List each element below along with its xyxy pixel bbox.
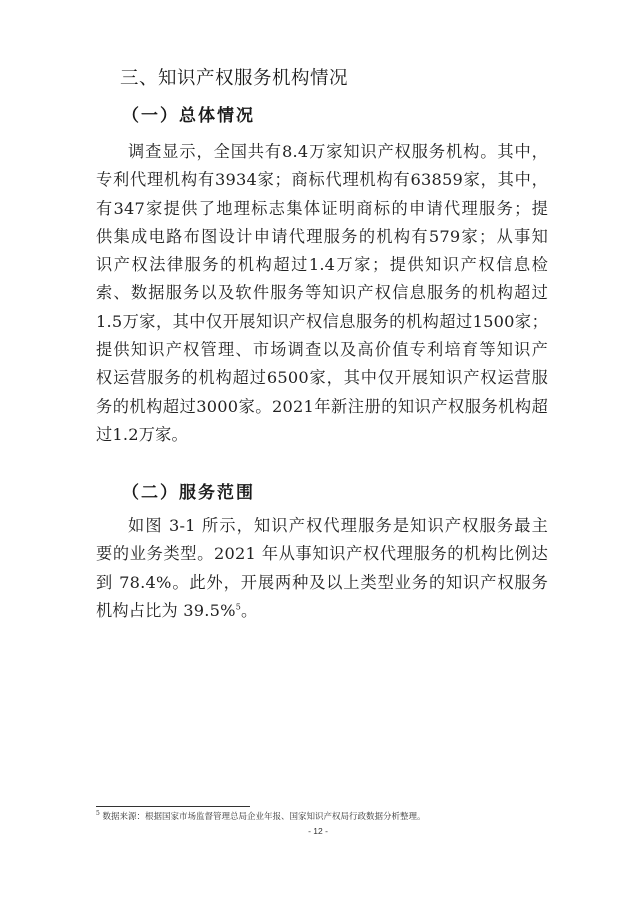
paragraph-line: 索、数据服务以及软件服务等知识产权信息服务的机构超过 [96,279,548,307]
paragraph-line: 1.5万家，其中仅开展知识产权信息服务的机构超过1500家； [96,308,548,336]
paragraph-line: 要的业务类型。2021 年从事知识产权代理服务的机构比例达 [96,540,548,568]
paragraph-line: 提供知识产权管理、市场调查以及高价值专利培育等知识产 [96,336,548,364]
paragraph-line: 有347家提供了地理标志集体证明商标的申请代理服务；提 [96,195,548,223]
paragraph-overview: 调查显示，全国共有8.4万家知识产权服务机构。其中， 专利代理机构有3934家；… [96,138,548,449]
subsection-title-overview: （一）总体情况 [122,101,255,126]
paragraph-line: 权运营服务的机构超过6500家，其中仅开展知识产权运营服 [96,364,548,392]
document-page: 三、知识产权服务机构情况 （一）总体情况 调查显示，全国共有8.4万家知识产权服… [0,0,636,900]
paragraph-line: 供集成电路布图设计申请代理服务的机构有579家；从事知 [96,223,548,251]
paragraph-line: 如图 3-1 所示，知识产权代理服务是知识产权服务最主 [96,512,548,540]
footnote: 5 数据来源：根据国家市场监督管理总局企业年报、国家知识产权局行政数据分析整理。 [96,810,426,822]
paragraph-line: 调查显示，全国共有8.4万家知识产权服务机构。其中， [96,138,548,166]
subsection-title-scope: （二）服务范围 [122,478,255,503]
paragraph-line: 识产权法律服务的机构超过1.4万家；提供知识产权信息检 [96,251,548,279]
footnote-divider [96,806,250,807]
paragraph-line: 到 78.4%。此外，开展两种及以上类型业务的知识产权服务 [96,569,548,597]
final-line-text: 机构占比为 39.5% [96,601,236,620]
paragraph-line: 务的机构超过3000家。2021年新注册的知识产权服务机构超 [96,393,548,421]
paragraph-line-final: 机构占比为 39.5%5。 [96,597,548,625]
section-title: 三、知识产权服务机构情况 [120,64,348,90]
paragraph-line: 专利代理机构有3934家；商标代理机构有63859家，其中， [96,166,548,194]
final-punctuation: 。 [241,601,257,620]
paragraph-line: 过1.2万家。 [96,421,548,449]
paragraph-scope: 如图 3-1 所示，知识产权代理服务是知识产权服务最主 要的业务类型。2021 … [96,512,548,625]
page-number: - 12 - [0,826,636,836]
footnote-text: 数据来源：根据国家市场监督管理总局企业年报、国家知识产权局行政数据分析整理。 [100,812,426,822]
